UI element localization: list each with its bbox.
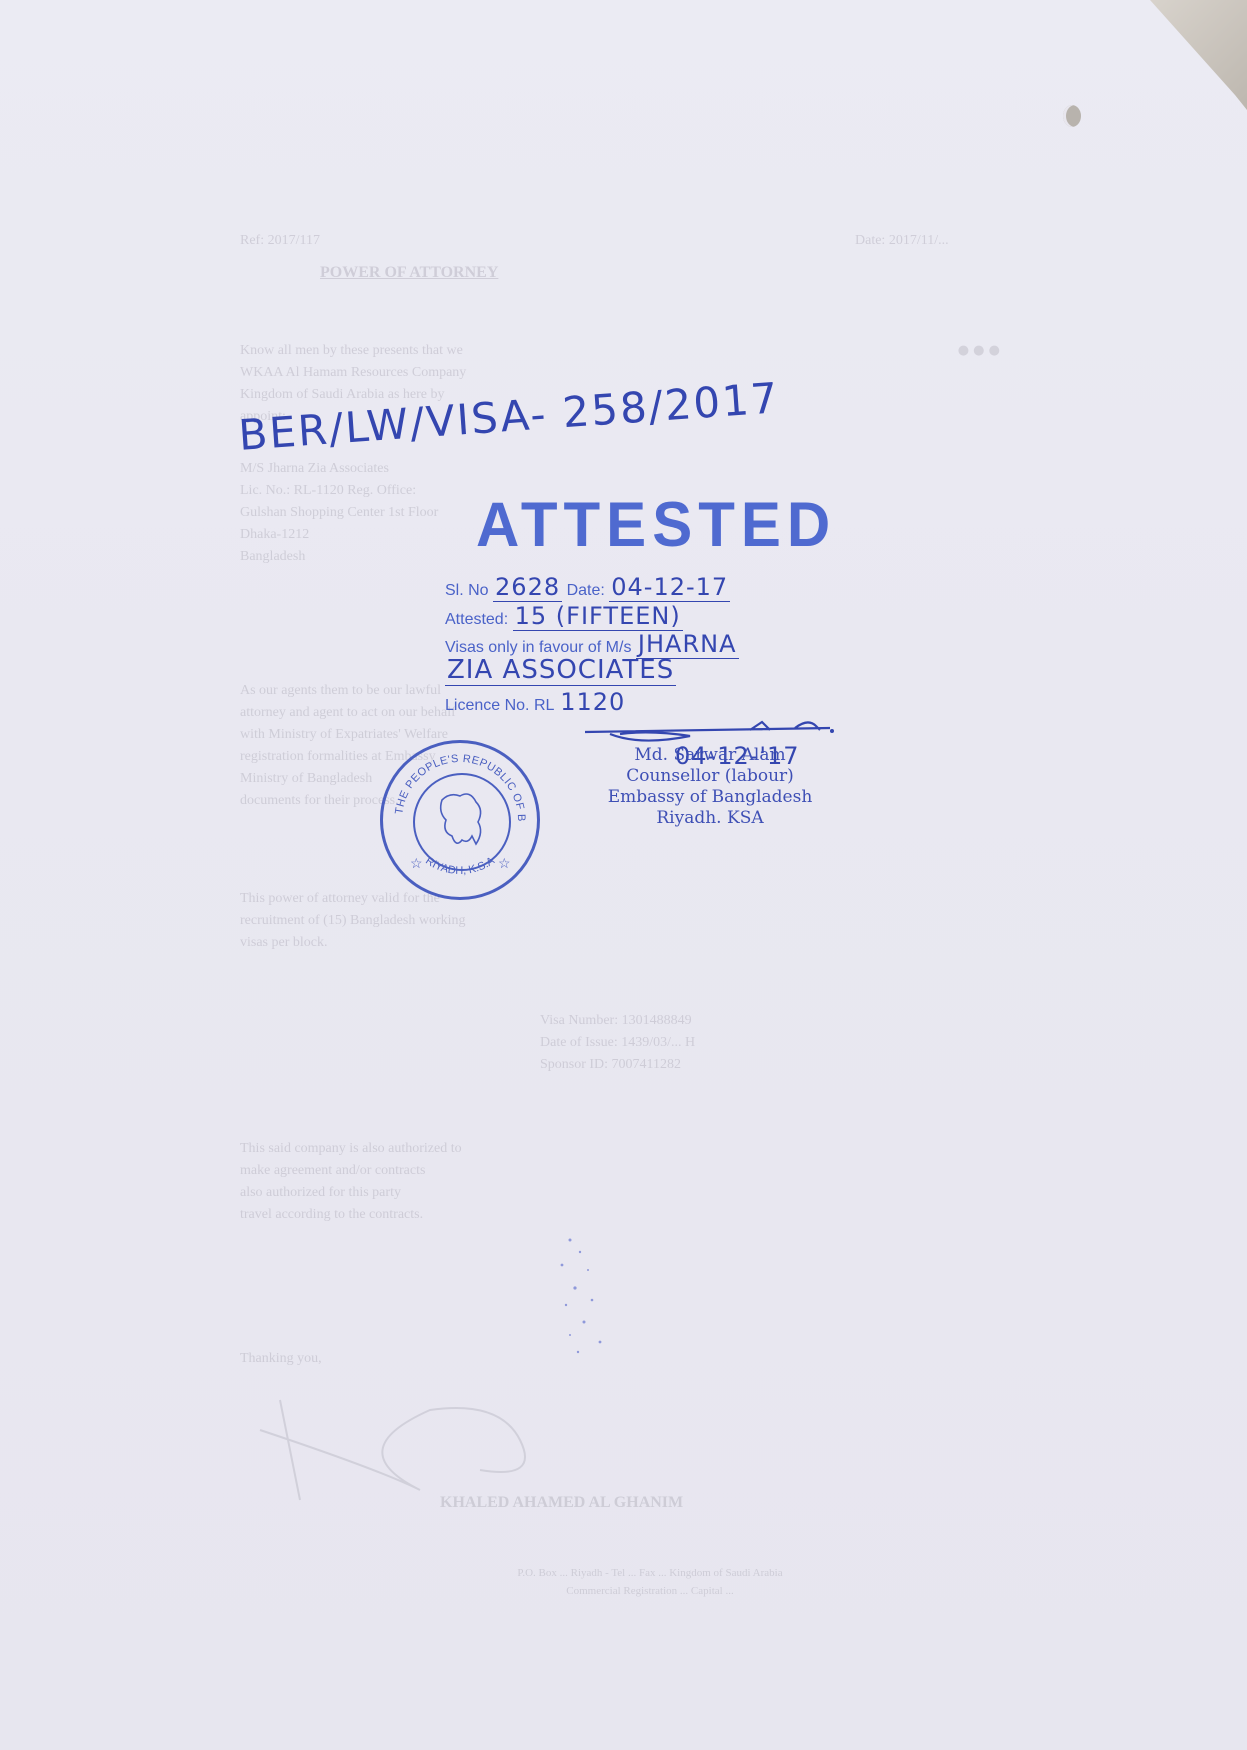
stamp-visas-row: Visas only in favour of M/s JHARNA [445, 630, 739, 658]
svg-text:☆: ☆ [498, 855, 511, 871]
ghost-paragraph-4: This said company is also authorized to … [240, 1138, 600, 1226]
ghost-footer-2: Commercial Registration ... Capital ... [200, 1580, 1100, 1602]
ghost-signature-icon [240, 1390, 760, 1510]
licence-value: 1120 [558, 688, 627, 716]
ink-speckle-icon [540, 1230, 630, 1360]
ghost-ref-right: Date: 2017/11/... [855, 230, 949, 252]
stamp-licence-row: Licence No. RL 1120 [445, 688, 627, 716]
ghost-closing: Thanking you, [240, 1348, 322, 1370]
document-page: Ref: 2017/117 Date: 2017/11/... POWER OF… [0, 0, 1247, 1750]
sl-no-value: 2628 [493, 573, 562, 602]
signatory-title: Counsellor (labour) [590, 766, 830, 787]
stamp-attested-row: Attested: 15 (FIFTEEN) [445, 602, 683, 630]
punch-hole [1063, 105, 1081, 127]
stamp-sl-no-row: Sl. No 2628 Date: 04-12-17 [445, 573, 730, 601]
stamp-visas-row-2: ZIA ASSOCIATES [445, 655, 676, 685]
embassy-seal: EMBASSY OF THE PEOPLE'S REPUBLIC OF BANG… [380, 740, 540, 900]
signature-block: Md. Sarwar Alam Counsellor (labour) Emba… [590, 745, 830, 829]
signatory-name: Md. Sarwar Alam [590, 745, 830, 766]
ghost-visa-block: Visa Number: 1301488849 Date of Issue: 1… [540, 1010, 840, 1076]
svg-text:☆: ☆ [410, 855, 423, 871]
attested-stamp-title: ATTESTED [476, 488, 836, 560]
ghost-ref-left: Ref: 2017/117 [240, 230, 320, 252]
attested-count-value: 15 (FIFTEEN) [513, 602, 683, 631]
visas-favour-value-2: ZIA ASSOCIATES [445, 655, 676, 686]
date-value: 04-12-17 [609, 573, 730, 602]
ghost-title: POWER OF ATTORNEY [320, 262, 498, 284]
signatory-office: Embassy of Bangladesh [590, 787, 830, 808]
ghost-arabic-paragraph-1: ● ● ● [600, 340, 1000, 362]
signatory-location: Riyadh. KSA [590, 808, 830, 829]
